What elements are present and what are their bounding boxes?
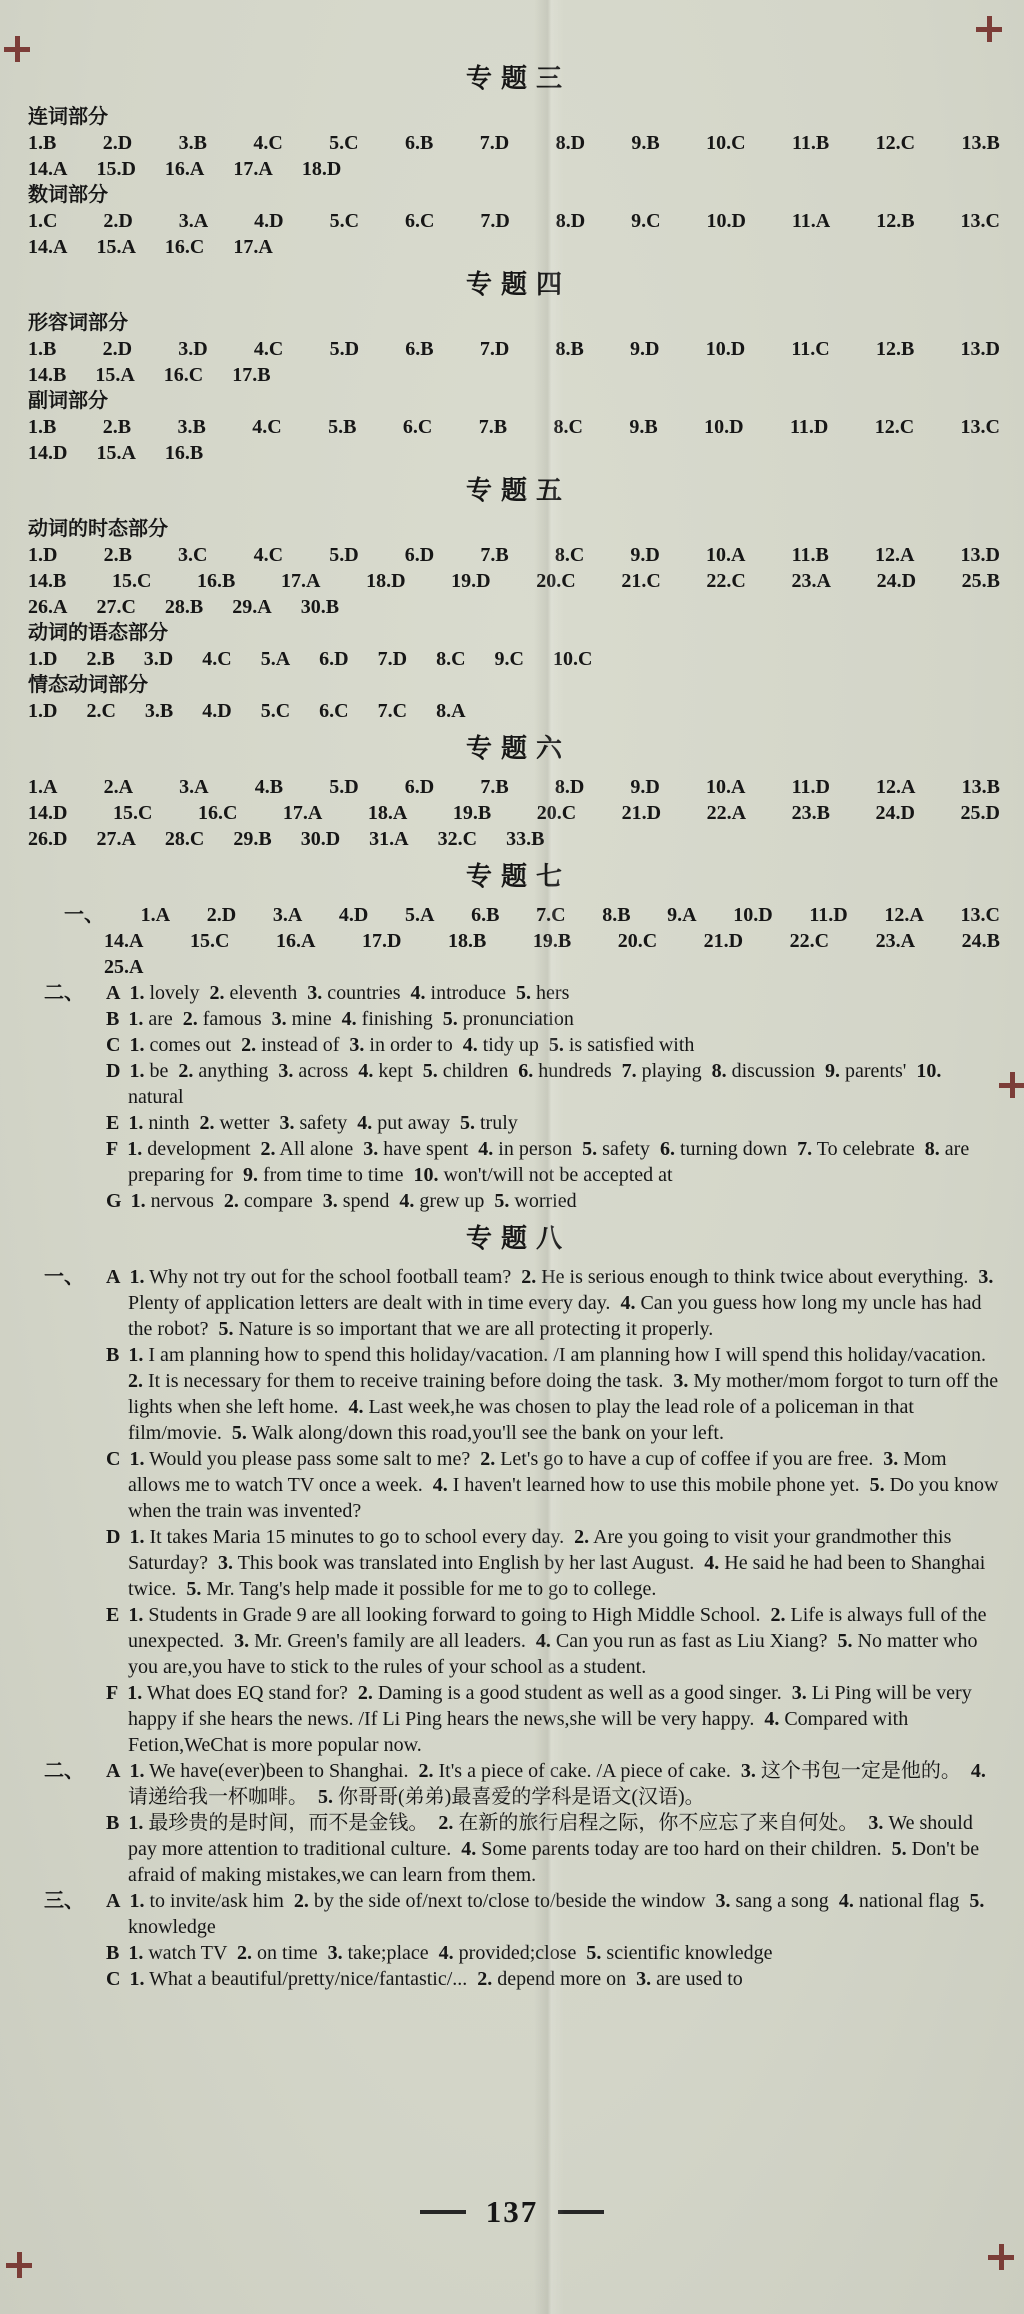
answer-item: 9.D (630, 336, 659, 362)
answer-row: 14.B15.C16.B17.A18.D19.D20.C21.C22.C23.A… (28, 568, 1000, 594)
group-letter: E (106, 1604, 119, 1626)
answer-item: 7.D (480, 130, 509, 156)
answer-row: 14.A15.D16.A17.A18.D (28, 156, 1000, 182)
answer-item: 28.C (165, 826, 204, 852)
answer-item: 12.A (875, 542, 914, 568)
answer-row: 14.D15.C16.C17.A18.A19.B20.C21.D22.A23.B… (28, 800, 1000, 826)
answer-group: 二、A1. We have(ever)been to Shanghai. 2. … (28, 1758, 1000, 1810)
section-heading: 连词部分 (28, 104, 1000, 130)
group-letter: D (106, 1060, 120, 1082)
answer-item: 15.C (113, 800, 152, 826)
answer-item: 11.B (792, 130, 829, 156)
answer-group: C1. Would you please pass some salt to m… (28, 1446, 1000, 1524)
answer-item: 10.D (707, 208, 746, 234)
answer-item: 6.D (319, 646, 348, 672)
answer-item: 9.C (495, 646, 524, 672)
answer-item: 11.D (809, 902, 847, 928)
answer-item: 20.C (618, 928, 657, 954)
answer-item: 17.A (281, 568, 320, 594)
group-answers: 1. watch TV 2. on time 3. take;place 4. … (128, 1942, 772, 1964)
group-answers: 1. development 2. All alone 3. have spen… (127, 1138, 974, 1186)
answer-item: 14.B (28, 362, 66, 388)
answer-item: 15.A (95, 362, 134, 388)
answer-row: 14.D15.A16.B (28, 440, 1000, 466)
answer-item: 4.C (202, 646, 231, 672)
answer-group: G1. nervous 2. compare 3. spend 4. grew … (28, 1188, 1000, 1214)
group-letter: B (106, 1942, 119, 1964)
answer-group: F1. What does EQ stand for? 2. Daming is… (28, 1680, 1000, 1758)
answer-item: 27.A (96, 826, 135, 852)
answer-item: 6.B (405, 336, 433, 362)
answer-item: 3.C (178, 542, 207, 568)
answer-item: 1.D (28, 542, 57, 568)
answer-item: 31.A (369, 826, 408, 852)
answer-item: 19.D (451, 568, 490, 594)
section-heading: 数词部分 (28, 182, 1000, 208)
answer-item: 13.B (961, 130, 999, 156)
answer-item: 15.D (96, 156, 135, 182)
group-answers: 1. 最珍贵的是时间，而不是金钱。 2. 在新的旅行启程之际，你不应忘了来自何处… (128, 1812, 984, 1886)
answer-item: 6.D (405, 774, 434, 800)
answer-item: 1.B (28, 414, 56, 440)
answer-row: 14.A15.C16.A17.D18.B19.B20.C21.D22.C23.A… (28, 928, 1000, 954)
registration-mark-icon (6, 2252, 32, 2278)
answer-item: 4.C (252, 414, 281, 440)
group-letter: E (106, 1112, 119, 1134)
answer-row: 1.B2.D3.D4.C5.D6.B7.D8.B9.D10.D11.C12.B1… (28, 336, 1000, 362)
answer-row: 1.B2.D3.B4.C5.C6.B7.D8.D9.B10.C11.B12.C1… (28, 130, 1000, 156)
group-answers: 1. I am planning how to spend this holid… (128, 1344, 1003, 1444)
answer-row: 25.A (28, 954, 1000, 980)
answer-item: 7.C (536, 902, 565, 928)
answer-item: 11.C (791, 336, 829, 362)
answer-item: 13.D (961, 336, 1000, 362)
answer-item: 17.A (233, 234, 272, 260)
part-marker: 一、 (66, 1264, 106, 1290)
answer-item: 10.D (733, 902, 772, 928)
answer-item: 2.D (103, 208, 132, 234)
answer-item: 29.B (233, 826, 271, 852)
answer-item: 13.C (961, 414, 1000, 440)
answer-item: 4.C (254, 336, 283, 362)
answer-item: 13.D (961, 542, 1000, 568)
answer-item: 14.B (28, 568, 66, 594)
answer-item: 9.B (629, 414, 657, 440)
answer-group: B1. watch TV 2. on time 3. take;place 4.… (28, 1940, 1000, 1966)
answer-item: 5.D (330, 336, 359, 362)
answer-group: C1. What a beautiful/pretty/nice/fantast… (28, 1966, 1000, 1992)
registration-mark-icon (988, 2244, 1014, 2270)
group-letter: A (106, 1266, 120, 1288)
page-number: 137 (486, 2194, 539, 2230)
group-answers: 1. be 2. anything 3. across 4. kept 5. c… (128, 1060, 946, 1108)
answer-group: C1. comes out 2. instead of 3. in order … (28, 1032, 1000, 1058)
answer-item: 12.A (884, 902, 923, 928)
answer-group: D1. be 2. anything 3. across 4. kept 5. … (28, 1058, 1000, 1110)
answer-item: 2.D (207, 902, 236, 928)
group-letter: B (106, 1008, 119, 1030)
answer-item: 6.B (405, 130, 433, 156)
answer-item: 17.A (283, 800, 322, 826)
answer-item: 10.C (553, 646, 592, 672)
answer-item: 12.B (876, 208, 914, 234)
topic-heading: 专题六 (28, 732, 1000, 766)
answer-item: 7.B (480, 774, 508, 800)
part-marker: 二、 (66, 1758, 106, 1784)
answer-row: 14.B15.A16.C17.B (28, 362, 1000, 388)
answer-item: 3.D (144, 646, 173, 672)
answer-item: 17.A (233, 156, 272, 182)
group-answers: 1. comes out 2. instead of 3. in order t… (129, 1034, 694, 1056)
answer-item: 10.A (706, 542, 745, 568)
answer-row: 1.D2.C3.B4.D5.C6.C7.C8.A (28, 698, 1000, 724)
answer-item: 5.D (329, 774, 358, 800)
section-heading: 形容词部分 (28, 310, 1000, 336)
registration-mark-icon (4, 36, 30, 62)
answer-item: 5.B (328, 414, 356, 440)
answer-item: 4.B (255, 774, 283, 800)
answer-item: 3.B (179, 130, 207, 156)
answer-item: 3.B (178, 414, 206, 440)
answer-item: 24.D (877, 568, 916, 594)
answer-item: 18.D (366, 568, 405, 594)
group-letter: F (106, 1138, 118, 1160)
answer-item: 2.B (103, 414, 131, 440)
answer-item: 7.D (480, 336, 509, 362)
answer-item: 3.A (179, 774, 208, 800)
answer-key-page: 专题三 连词部分 1.B2.D3.B4.C5.C6.B7.D8.D9.B10.C… (0, 0, 1024, 2314)
answer-item: 3.A (273, 902, 302, 928)
answer-item: 32.C (438, 826, 477, 852)
answer-item: 11.D (792, 774, 830, 800)
answer-item: 13.C (960, 208, 999, 234)
answer-item: 9.D (630, 542, 659, 568)
answer-item: 2.B (86, 646, 114, 672)
answer-item: 25.B (962, 568, 1000, 594)
answer-item: 5.A (405, 902, 434, 928)
group-letter: A (106, 982, 120, 1004)
answer-item: 24.B (962, 928, 1000, 954)
answer-item: 26.D (28, 826, 67, 852)
answer-item: 19.B (533, 928, 571, 954)
group-letter: C (106, 1448, 120, 1470)
answer-item: 22.C (790, 928, 829, 954)
answer-item: 8.D (556, 208, 585, 234)
answer-item: 23.B (792, 800, 830, 826)
answer-item: 14.A (28, 234, 67, 260)
answer-item: 7.D (378, 646, 407, 672)
answer-item: 22.A (707, 800, 746, 826)
answer-item: 1.A (28, 774, 57, 800)
answer-item: 2.A (104, 774, 133, 800)
answer-row: 26.D27.A28.C29.B30.D31.A32.C33.B (28, 826, 1000, 852)
answer-group: D1. It takes Maria 15 minutes to go to s… (28, 1524, 1000, 1602)
group-answers: 1. Students in Grade 9 are all looking f… (128, 1604, 992, 1678)
answer-item: 11.B (792, 542, 829, 568)
answer-item: 5.A (261, 646, 290, 672)
group-letter: B (106, 1812, 119, 1834)
section-heading: 动词的语态部分 (28, 620, 1000, 646)
answer-item: 6.B (471, 902, 499, 928)
answer-item: 6.D (405, 542, 434, 568)
topic-heading: 专题四 (28, 268, 1000, 302)
group-answers: 1. are 2. famous 3. mine 4. finishing 5.… (128, 1008, 574, 1030)
answer-item: 18.A (368, 800, 407, 826)
answer-group: E1. ninth 2. wetter 3. safety 4. put awa… (28, 1110, 1000, 1136)
answer-group: 二、A1. lovely 2. eleventh 3. countries 4.… (28, 980, 1000, 1006)
answer-item: 2.C (86, 698, 115, 724)
answer-item: 8.B (602, 902, 630, 928)
answer-item: 6.C (319, 698, 348, 724)
answer-item: 21.C (621, 568, 660, 594)
topic-heading: 专题八 (28, 1222, 1000, 1256)
group-answers: 1. lovely 2. eleventh 3. countries 4. in… (129, 982, 569, 1004)
answer-item: 6.C (405, 208, 434, 234)
answer-item: 9.D (630, 774, 659, 800)
answer-item: 25.A (104, 954, 143, 980)
group-answers: 1. What does EQ stand for? 2. Daming is … (127, 1682, 977, 1756)
answer-item: 16.B (197, 568, 235, 594)
part-marker: 一、 (64, 902, 104, 928)
group-answers: 1. It takes Maria 15 minutes to go to sc… (128, 1526, 990, 1600)
answer-item: 2.D (103, 130, 132, 156)
part-marker: 三、 (66, 1888, 106, 1914)
answer-row: 1.B2.B3.B4.C5.B6.C7.B8.C9.B10.D11.D12.C1… (28, 414, 1000, 440)
answer-item: 12.B (876, 336, 914, 362)
answer-item: 5.C (329, 130, 358, 156)
group-answers: 1. Would you please pass some salt to me… (128, 1448, 1003, 1522)
answer-item: 11.D (790, 414, 828, 440)
answer-item: 10.C (706, 130, 745, 156)
answer-item: 3.A (179, 208, 208, 234)
answer-item: 18.D (302, 156, 341, 182)
group-letter: C (106, 1034, 120, 1056)
group-letter: C (106, 1968, 120, 1990)
topic-heading: 专题三 (28, 62, 1000, 96)
answer-item: 12.A (876, 774, 915, 800)
group-answers: 1. What a beautiful/pretty/nice/fantasti… (129, 1968, 742, 1990)
answer-item: 16.B (165, 440, 203, 466)
answer-item: 1.B (28, 336, 56, 362)
answer-item: 21.D (704, 928, 743, 954)
answer-item: 13.C (960, 902, 999, 928)
answer-item: 16.C (165, 234, 204, 260)
answer-item: 4.D (202, 698, 231, 724)
answer-item: 14.D (28, 800, 67, 826)
answer-item: 7.C (378, 698, 407, 724)
topic-heading: 专题七 (28, 860, 1000, 894)
answer-item: 7.B (480, 542, 508, 568)
answer-item: 16.A (276, 928, 315, 954)
answer-group: 一、A1. Why not try out for the school foo… (28, 1264, 1000, 1342)
answer-item: 26.A (28, 594, 67, 620)
answer-item: 6.C (403, 414, 432, 440)
answer-item: 1.D (28, 646, 57, 672)
answer-group: B1. I am planning how to spend this holi… (28, 1342, 1000, 1446)
group-letter: B (106, 1344, 119, 1366)
part-marker: 二、 (66, 980, 106, 1006)
answer-item: 23.A (791, 568, 830, 594)
group-letter: A (106, 1760, 120, 1782)
answer-item: 2.D (103, 336, 132, 362)
answer-group: F1. development 2. All alone 3. have spe… (28, 1136, 1000, 1188)
answer-row: 26.A27.C28.B29.A30.B (28, 594, 1000, 620)
answer-row: 1.C2.D3.A4.D5.C6.C7.D8.D9.C10.D11.A12.B1… (28, 208, 1000, 234)
answer-item: 5.C (261, 698, 290, 724)
answer-item: 1.A (141, 902, 170, 928)
answer-item: 16.C (164, 362, 203, 388)
answer-item: 8.D (555, 774, 584, 800)
section-heading: 情态动词部分 (28, 672, 1000, 698)
answer-item: 7.D (480, 208, 509, 234)
answer-item: 16.C (198, 800, 237, 826)
answer-item: 21.D (622, 800, 661, 826)
answer-group: B1. 最珍贵的是时间，而不是金钱。 2. 在新的旅行启程之际，你不应忘了来自何… (28, 1810, 1000, 1888)
answer-item: 12.C (876, 130, 915, 156)
answer-item: 28.B (165, 594, 203, 620)
answer-item: 18.B (448, 928, 486, 954)
answer-item: 16.A (165, 156, 204, 182)
answer-item: 9.B (631, 130, 659, 156)
answer-item: 8.C (436, 646, 465, 672)
answer-item: 15.C (190, 928, 229, 954)
registration-mark-icon (999, 1072, 1024, 1098)
answer-item: 24.D (875, 800, 914, 826)
registration-mark-icon (976, 16, 1002, 42)
answer-group: B1. are 2. famous 3. mine 4. finishing 5… (28, 1006, 1000, 1032)
answer-item: 4.D (339, 902, 368, 928)
answer-item: 30.D (301, 826, 340, 852)
footer-rule-right (558, 2210, 604, 2214)
answer-item: 9.C (631, 208, 660, 234)
footer-rule-left (420, 2210, 466, 2214)
answer-row: 1.D2.B3.C4.C5.D6.D7.B8.C9.D10.A11.B12.A1… (28, 542, 1000, 568)
section-heading: 动词的时态部分 (28, 516, 1000, 542)
answer-item: 11.A (792, 208, 830, 234)
answer-item: 10.D (706, 336, 745, 362)
answer-item: 15.C (112, 568, 151, 594)
section-heading: 副词部分 (28, 388, 1000, 414)
answer-item: 8.D (556, 130, 585, 156)
answer-item: 4.D (254, 208, 283, 234)
answer-item: 10.A (706, 774, 745, 800)
answer-group: 三、A1. to invite/ask him 2. by the side o… (28, 1888, 1000, 1940)
page-footer: 137 (0, 2194, 1024, 2230)
answer-item: 23.A (876, 928, 915, 954)
answer-item: 2.B (104, 542, 132, 568)
answer-row: 1.D2.B3.D4.C5.A6.D7.D8.C9.C10.C (28, 646, 1000, 672)
answer-item: 25.D (960, 800, 999, 826)
answer-item: 20.C (537, 800, 576, 826)
group-letter: G (106, 1190, 122, 1212)
answer-item: 27.C (96, 594, 135, 620)
answer-row: 一、1.A2.D3.A4.D5.A6.B7.C8.B9.A10.D11.D12.… (28, 902, 1000, 928)
answer-item: 8.C (553, 414, 582, 440)
group-answers: 1. nervous 2. compare 3. spend 4. grew u… (131, 1190, 577, 1212)
answer-item: 20.C (536, 568, 575, 594)
answer-item: 1.B (28, 130, 56, 156)
answer-item: 17.B (232, 362, 270, 388)
group-letter: F (106, 1682, 118, 1704)
answer-item: 1.C (28, 208, 57, 234)
group-letter: D (106, 1526, 120, 1548)
answer-row: 1.A2.A3.A4.B5.D6.D7.B8.D9.D10.A11.D12.A1… (28, 774, 1000, 800)
answer-item: 4.C (253, 130, 282, 156)
answer-item: 10.D (704, 414, 743, 440)
answer-item: 14.A (28, 156, 67, 182)
answer-row: 14.A15.A16.C17.A (28, 234, 1000, 260)
answer-item: 3.B (145, 698, 173, 724)
answer-item: 4.C (254, 542, 283, 568)
answer-item: 12.C (875, 414, 914, 440)
answer-item: 33.B (506, 826, 544, 852)
answer-item: 19.B (453, 800, 491, 826)
group-letter: A (106, 1890, 120, 1912)
answer-item: 30.B (301, 594, 339, 620)
answer-group: E1. Students in Grade 9 are all looking … (28, 1602, 1000, 1680)
answer-item: 14.A (104, 928, 143, 954)
answer-item: 8.A (436, 698, 465, 724)
answer-item: 5.C (330, 208, 359, 234)
topic-heading: 专题五 (28, 474, 1000, 508)
answer-item: 14.D (28, 440, 67, 466)
answer-item: 5.D (329, 542, 358, 568)
group-answers: 1. to invite/ask him 2. by the side of/n… (128, 1890, 989, 1938)
answer-item: 9.A (667, 902, 696, 928)
group-answers: 1. Why not try out for the school footba… (128, 1266, 998, 1340)
answer-item: 15.A (96, 440, 135, 466)
page-content: 专题三 连词部分 1.B2.D3.B4.C5.C6.B7.D8.D9.B10.C… (0, 0, 1024, 1992)
answer-item: 8.C (555, 542, 584, 568)
answer-item: 8.B (555, 336, 583, 362)
answer-item: 13.B (962, 774, 1000, 800)
answer-item: 1.D (28, 698, 57, 724)
group-answers: 1. We have(ever)been to Shanghai. 2. It'… (128, 1760, 991, 1808)
answer-item: 22.C (706, 568, 745, 594)
answer-item: 7.B (479, 414, 507, 440)
answer-item: 29.A (232, 594, 271, 620)
answer-item: 15.A (96, 234, 135, 260)
answer-item: 3.D (178, 336, 207, 362)
answer-item: 17.D (362, 928, 401, 954)
group-answers: 1. ninth 2. wetter 3. safety 4. put away… (128, 1112, 517, 1134)
